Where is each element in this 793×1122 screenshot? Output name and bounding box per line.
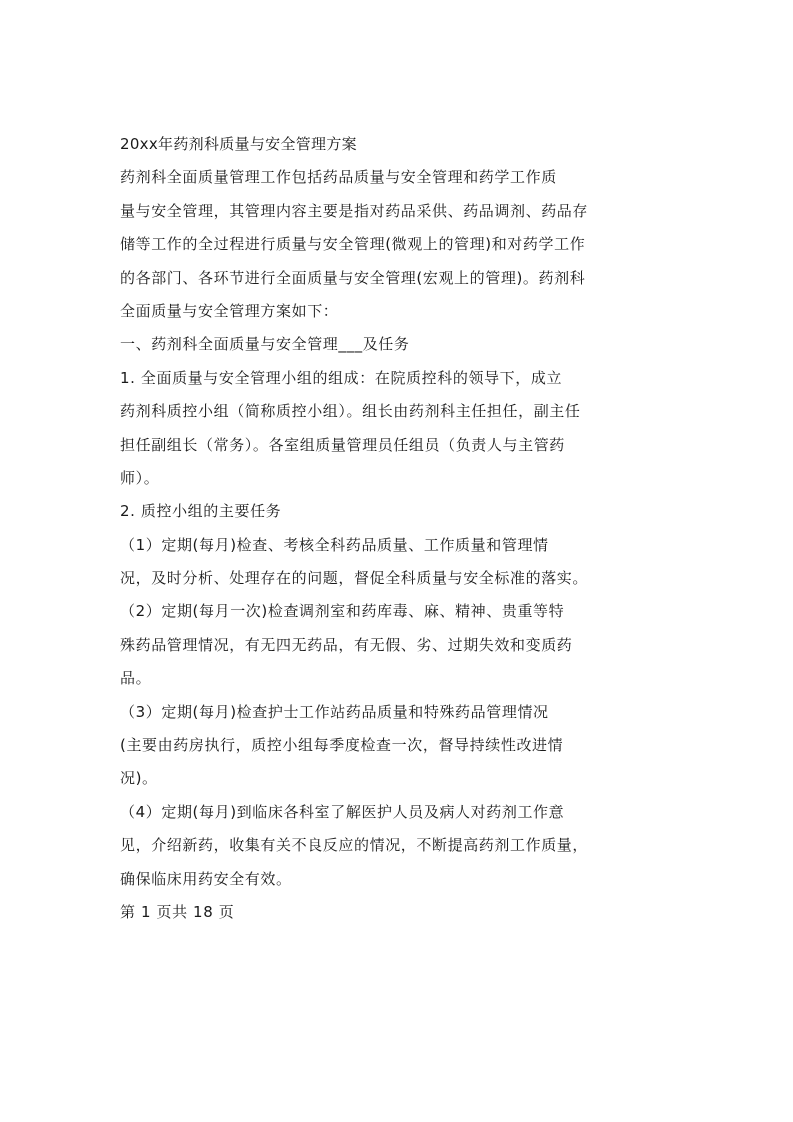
paragraph-line: 1. 全面质量与安全管理小组的组成：在院质控科的领导下，成立 [120,370,580,386]
section-heading: 一、药剂科全面质量与安全管理___及任务 [120,336,580,352]
paragraph-line: 确保临床用药安全有效。 [120,871,580,887]
paragraph-line: （3）定期(每月)检查护士工作站药品质量和特殊药品管理情况 [120,704,580,720]
paragraph-line: 况，及时分析、处理存在的问题，督促全科质量与安全标准的落实。 [120,570,580,586]
paragraph-line: 品。 [120,670,580,686]
page-footer: 第 1 页共 18 页 [120,904,580,920]
paragraph-line: （4）定期(每月)到临床各科室了解医护人员及病人对药剂工作意 [120,804,580,820]
paragraph-line: 况)。 [120,770,580,786]
paragraph-line: 全面质量与安全管理方案如下： [120,303,580,319]
paragraph-line: 量与安全管理，其管理内容主要是指对药品采供、药品调剂、药品存 [120,203,580,219]
paragraph-line: (主要由药房执行，质控小组每季度检查一次，督导持续性改进情 [120,737,580,753]
document-title: 20xx年药剂科质量与安全管理方案 [120,136,580,152]
paragraph-line: 殊药品管理情况，有无四无药品，有无假、劣、过期失效和变质药 [120,637,580,653]
paragraph-line: 储等工作的全过程进行质量与安全管理(微观上的管理)和对药学工作 [120,236,580,252]
paragraph-line: 药剂科质控小组（简称质控小组）。组长由药剂科主任担任，副主任 [120,403,580,419]
subsection-heading: 2. 质控小组的主要任务 [120,503,580,519]
paragraph-line: 药剂科全面质量管理工作包括药品质量与安全管理和药学工作质 [120,169,580,185]
paragraph-line: （2）定期(每月一次)检查调剂室和药库毒、麻、精神、贵重等特 [120,603,580,619]
paragraph-line: 师）。 [120,470,580,486]
paragraph-line: 的各部门、各环节进行全面质量与安全管理(宏观上的管理)。药剂科 [120,270,580,286]
paragraph-line: 见，介绍新药，收集有关不良反应的情况，不断提高药剂工作质量， [120,837,580,853]
paragraph-line: （1）定期(每月)检查、考核全科药品质量、工作质量和管理情 [120,537,580,553]
paragraph-line: 担任副组长（常务）。各室组质量管理员任组员（负责人与主管药 [120,437,580,453]
document-page: 20xx年药剂科质量与安全管理方案 药剂科全面质量管理工作包括药品质量与安全管理… [120,136,580,937]
